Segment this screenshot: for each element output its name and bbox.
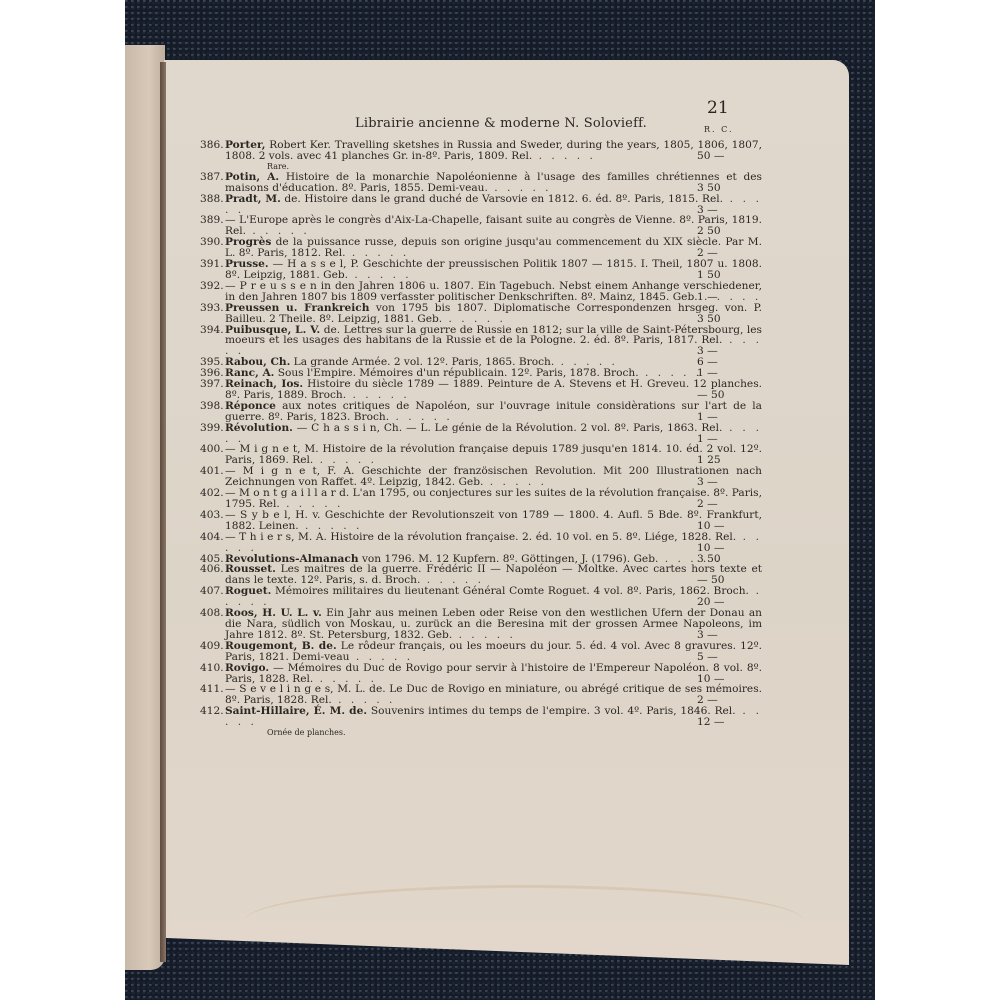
entry-number: 409. xyxy=(200,641,222,652)
entry-description: Porter, Robert Ker. Travelling sketshes … xyxy=(222,140,762,162)
catalog-entry: 389.— L'Europe après le congrès d'Aix-La… xyxy=(222,215,762,237)
catalog-entry: 400.— M i g n e t, M. Histoire de la rév… xyxy=(222,444,762,466)
catalog-entry: 401.— M i g n e t, F. A. Geschichte der … xyxy=(222,466,762,488)
page-number: 21 xyxy=(707,98,729,118)
catalog-entry: 398.Réponce aux notes critiques de Napol… xyxy=(222,401,762,423)
entry-number: 391. xyxy=(200,259,222,270)
entry-number: 393. xyxy=(200,303,222,314)
entry-number: 390. xyxy=(200,237,222,248)
entry-description: Pradt, M. de. Histoire dans le grand duc… xyxy=(222,194,762,216)
entry-description: Révolution. — C h a s s i n, Ch. — L. Le… xyxy=(222,423,762,445)
entry-description: Puibusque, L. V. de. Lettres sur la guer… xyxy=(222,325,762,358)
entry-description: — T h i e r s, M. A. Histoire de la révo… xyxy=(222,532,762,554)
entry-description: Réponce aux notes critiques de Napoléon,… xyxy=(222,401,762,423)
entry-description: — S y b e l, H. v. Geschichte der Revolu… xyxy=(222,510,762,532)
entry-description: — L'Europe après le congrès d'Aix-La-Cha… xyxy=(222,215,762,237)
entry-text: de. Histoire dans le grand duché de Vars… xyxy=(281,193,723,205)
entry-text: Les maitres de la guerre. Frédéric II — … xyxy=(225,563,762,586)
entry-text: de la puissance russe, depuis son origin… xyxy=(225,236,762,259)
entry-text: aux notes critiques de Napoléon, sur l'o… xyxy=(225,400,762,423)
left-page-edge xyxy=(125,45,165,970)
entry-number: 408. xyxy=(200,608,222,619)
entry-description: Roguet. Mémoires militaires du lieutenan… xyxy=(222,586,762,608)
entry-text: — Mémoires du Duc de Rovigo pour servir … xyxy=(225,662,762,685)
entry-text: — P r e u s s e n in den Jahren 1806 u. … xyxy=(225,280,762,303)
entry-number: 387. xyxy=(200,172,222,183)
entry-number: 399. xyxy=(200,423,222,434)
entry-number: 398. xyxy=(200,401,222,412)
running-head: Librairie ancienne & moderne N. Solovief… xyxy=(355,116,647,131)
entry-text: — M i g n e t, M. Histoire de la révolut… xyxy=(225,443,762,466)
catalog-entry: 411.— S e v e l i n g e s, M. L. de. Le … xyxy=(222,684,762,706)
catalog-entry: 406.Rousset. Les maitres de la guerre. F… xyxy=(222,564,762,586)
entry-number: 397. xyxy=(200,379,222,390)
catalog-entry: 391.Prusse. — H a s s e l, P. Geschichte… xyxy=(222,259,762,281)
entry-price: 50 — xyxy=(697,151,757,162)
entry-number: 400. xyxy=(200,444,222,455)
entry-price: 12 — xyxy=(697,717,757,728)
entry-description: — M i g n e t, F. A. Geschichte der fran… xyxy=(222,466,762,488)
entry-description: Rousset. Les maitres de la guerre. Frédé… xyxy=(222,564,762,586)
currency-column-header: R. C. xyxy=(704,125,734,134)
entry-note: Ornée de planches. xyxy=(222,728,762,738)
entry-number: 403. xyxy=(200,510,222,521)
entry-text: Robert Ker. Travelling sketshes in Russi… xyxy=(225,139,762,162)
entry-number: 392. xyxy=(200,281,222,292)
catalog-entry: 399.Révolution. — C h a s s i n, Ch. — L… xyxy=(222,423,762,445)
entry-number: 389. xyxy=(200,215,222,226)
entry-description: — M i g n e t, M. Histoire de la révolut… xyxy=(222,444,762,466)
entry-description: Roos, H. U. L. v. Ein Jahr aus meinen Le… xyxy=(222,608,762,641)
entry-text: — H a s s e l, P. Geschichte der preussi… xyxy=(225,258,762,281)
entry-number: 388. xyxy=(200,194,222,205)
entry-description: — M o n t g a i l l a r d. L'an 1795, ou… xyxy=(222,488,762,510)
entry-description: Rovigo. — Mémoires du Duc de Rovigo pour… xyxy=(222,663,762,685)
catalog-entry: 402.— M o n t g a i l l a r d. L'an 1795… xyxy=(222,488,762,510)
entry-text: Mémoires militaires du lieutenant Généra… xyxy=(271,585,749,597)
entry-description: — P r e u s s e n in den Jahren 1806 u. … xyxy=(222,281,762,303)
entry-description: Potin, A. Histoire de la monarchie Napol… xyxy=(222,172,762,194)
entry-number: 412. xyxy=(200,706,222,717)
entry-description: Reinach, Ios. Histoire du siècle 1789 — … xyxy=(222,379,762,401)
entry-number: 410. xyxy=(200,663,222,674)
entry-description: Preussen u. Frankreich von 1795 bis 1807… xyxy=(222,303,762,325)
entry-number: 404. xyxy=(200,532,222,543)
entry-number: 406. xyxy=(200,564,222,575)
catalog-entry: 407.Roguet. Mémoires militaires du lieut… xyxy=(222,586,762,608)
catalog-entry: 403.— S y b e l, H. v. Geschichte der Re… xyxy=(222,510,762,532)
entry-number: 401. xyxy=(200,466,222,477)
catalog-entry: 409.Rougemont, B. de. Le rôdeur français… xyxy=(222,641,762,663)
entry-text: — T h i e r s, M. A. Histoire de la révo… xyxy=(225,531,736,543)
entry-number: 407. xyxy=(200,586,222,597)
catalog-entry: 388.Pradt, M. de. Histoire dans le grand… xyxy=(222,194,762,216)
entry-description: — S e v e l i n g e s, M. L. de. Le Duc … xyxy=(222,684,762,706)
catalog-entry: 394.Puibusque, L. V. de. Lettres sur la … xyxy=(222,325,762,358)
entry-description: Saint-Hillaire, É. M. de. Souvenirs inti… xyxy=(222,706,762,728)
dot-leader: . . . . . xyxy=(532,150,596,162)
entry-text: Histoire du siècle 1789 — 1889. Peinture… xyxy=(225,378,762,401)
entry-number: 394. xyxy=(200,325,222,336)
catalog-entry: 412.Saint-Hillaire, É. M. de. Souvenirs … xyxy=(222,706,762,728)
entry-text: — C h a s s i n, Ch. — L. Le génie de la… xyxy=(293,422,722,434)
catalog-entry: 390.Progrès de la puissance russe, depui… xyxy=(222,237,762,259)
catalog-entry: 404.— T h i e r s, M. A. Histoire de la … xyxy=(222,532,762,554)
entry-text: — S e v e l i n g e s, M. L. de. Le Duc … xyxy=(225,683,762,706)
entry-number: 386. xyxy=(200,140,222,151)
entry-description: Progrès de la puissance russe, depuis so… xyxy=(222,237,762,259)
entry-description: Prusse. — H a s s e l, P. Geschichte der… xyxy=(222,259,762,281)
entry-number: 411. xyxy=(200,684,222,695)
catalog-entries: 386.Porter, Robert Ker. Travelling skets… xyxy=(222,140,762,738)
catalog-entry: 393.Preussen u. Frankreich von 1795 bis … xyxy=(222,303,762,325)
catalog-entry: 408.Roos, H. U. L. v. Ein Jahr aus meine… xyxy=(222,608,762,641)
entry-description: Rougemont, B. de. Le rôdeur français, ou… xyxy=(222,641,762,663)
catalog-entry: 392.— P r e u s s e n in den Jahren 1806… xyxy=(222,281,762,303)
catalog-entry: 410.Rovigo. — Mémoires du Duc de Rovigo … xyxy=(222,663,762,685)
catalog-entry: 387.Potin, A. Histoire de la monarchie N… xyxy=(222,172,762,194)
catalog-entry: 397.Reinach, Ios. Histoire du siècle 178… xyxy=(222,379,762,401)
book-gutter xyxy=(160,62,166,962)
catalog-entry: 386.Porter, Robert Ker. Travelling skets… xyxy=(222,140,762,162)
entry-number: 402. xyxy=(200,488,222,499)
entry-text: Souvenirs intimes du temps de l'empire. … xyxy=(367,705,736,717)
